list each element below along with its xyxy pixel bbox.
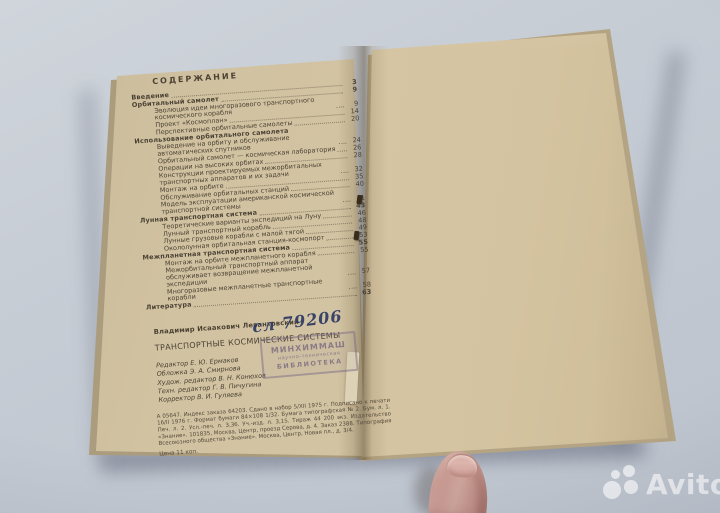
avito-logo-icon (602, 464, 642, 504)
library-stamp: МИНХИММАШ научно-техническая БИБЛИОТЕКА (259, 331, 358, 379)
contents-page-text: СОДЕРЖАНИЕ Введение3Орбитальный самолет9… (118, 62, 384, 458)
toc-list: Введение3Орбитальный самолет9Эволюция ид… (143, 79, 372, 311)
fingernail (446, 454, 478, 479)
avito-watermark-text: Avito (646, 468, 720, 501)
book-photo-scene: СОДЕРЖАНИЕ Введение3Орбитальный самолет9… (0, 0, 720, 513)
avito-watermark: Avito (602, 464, 720, 504)
